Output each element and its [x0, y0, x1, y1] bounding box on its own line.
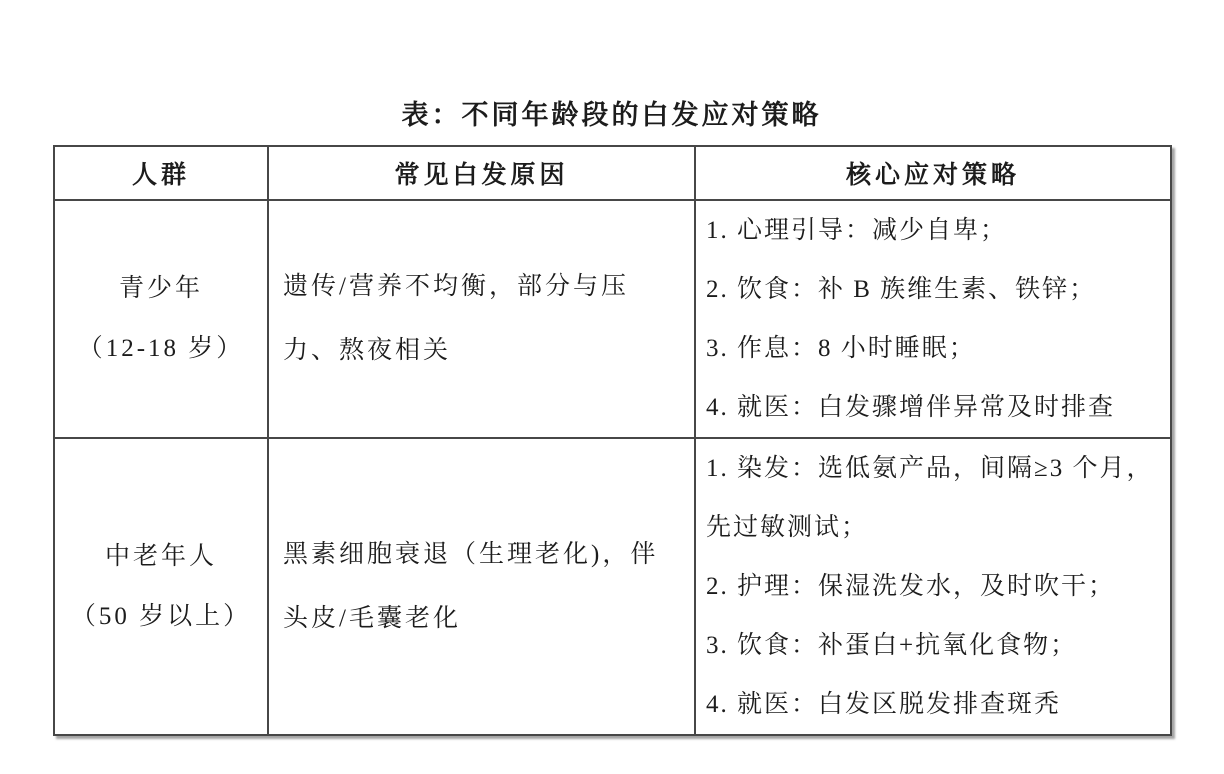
cause-cell-teenager: 遗传/营养不均衡，部分与压 力、熬夜相关	[268, 200, 695, 438]
group-age-range: （50 岁以上）	[56, 587, 266, 647]
header-cell-cause: 常见白发原因	[268, 146, 695, 200]
strategy-item: 4. 就医：白发区脱发排查斑秃	[706, 675, 1166, 734]
document-page: 表：不同年龄段的白发应对策略 人群 常见白发原因 核心应对策略 青少年 （12-…	[0, 0, 1224, 774]
table-title: 表：不同年龄段的白发应对策略	[53, 93, 1170, 132]
cause-text: 头皮/毛囊老化	[283, 587, 682, 651]
strategy-item: 4. 就医：白发骤增伴异常及时排查	[706, 378, 1166, 437]
strategy-item: 2. 饮食：补 B 族维生素、铁锌；	[706, 260, 1166, 319]
strategy-cell-senior: 1. 染发：选低氨产品，间隔≥3 个月， 先过敏测试； 2. 护理：保湿洗发水，…	[695, 438, 1171, 735]
strategy-item: 1. 染发：选低氨产品，间隔≥3 个月，	[706, 439, 1166, 498]
group-cell-teenager: 青少年 （12-18 岁）	[54, 200, 268, 438]
table-row-senior: 中老年人 （50 岁以上） 黑素细胞衰退（生理老化)，伴 头皮/毛囊老化 1. …	[54, 438, 1171, 735]
group-name: 中老年人	[56, 527, 266, 587]
strategy-item: 2. 护理：保湿洗发水，及时吹干；	[706, 557, 1166, 616]
strategy-item: 3. 作息：8 小时睡眠；	[706, 319, 1166, 378]
group-cell-senior: 中老年人 （50 岁以上）	[54, 438, 268, 735]
strategy-item: 先过敏测试；	[706, 498, 1166, 557]
table-header-row: 人群 常见白发原因 核心应对策略	[54, 146, 1171, 200]
table-row-teenager: 青少年 （12-18 岁） 遗传/营养不均衡，部分与压 力、熬夜相关 1. 心理…	[54, 200, 1171, 438]
strategy-cell-teenager: 1. 心理引导：减少自卑； 2. 饮食：补 B 族维生素、铁锌； 3. 作息：8…	[695, 200, 1171, 438]
group-name: 青少年	[56, 259, 266, 319]
header-cell-group: 人群	[54, 146, 268, 200]
cause-text: 黑素细胞衰退（生理老化)，伴	[283, 523, 682, 587]
strategy-item: 1. 心理引导：减少自卑；	[706, 201, 1166, 260]
cause-cell-senior: 黑素细胞衰退（生理老化)，伴 头皮/毛囊老化	[268, 438, 695, 735]
strategy-item: 3. 饮食：补蛋白+抗氧化食物；	[706, 616, 1166, 675]
cause-text: 力、熬夜相关	[283, 319, 682, 383]
group-age-range: （12-18 岁）	[56, 319, 266, 379]
cause-text: 遗传/营养不均衡，部分与压	[283, 255, 682, 319]
header-cell-strategy: 核心应对策略	[695, 146, 1171, 200]
strategy-table: 人群 常见白发原因 核心应对策略 青少年 （12-18 岁） 遗传/营养不均衡，…	[53, 145, 1172, 736]
